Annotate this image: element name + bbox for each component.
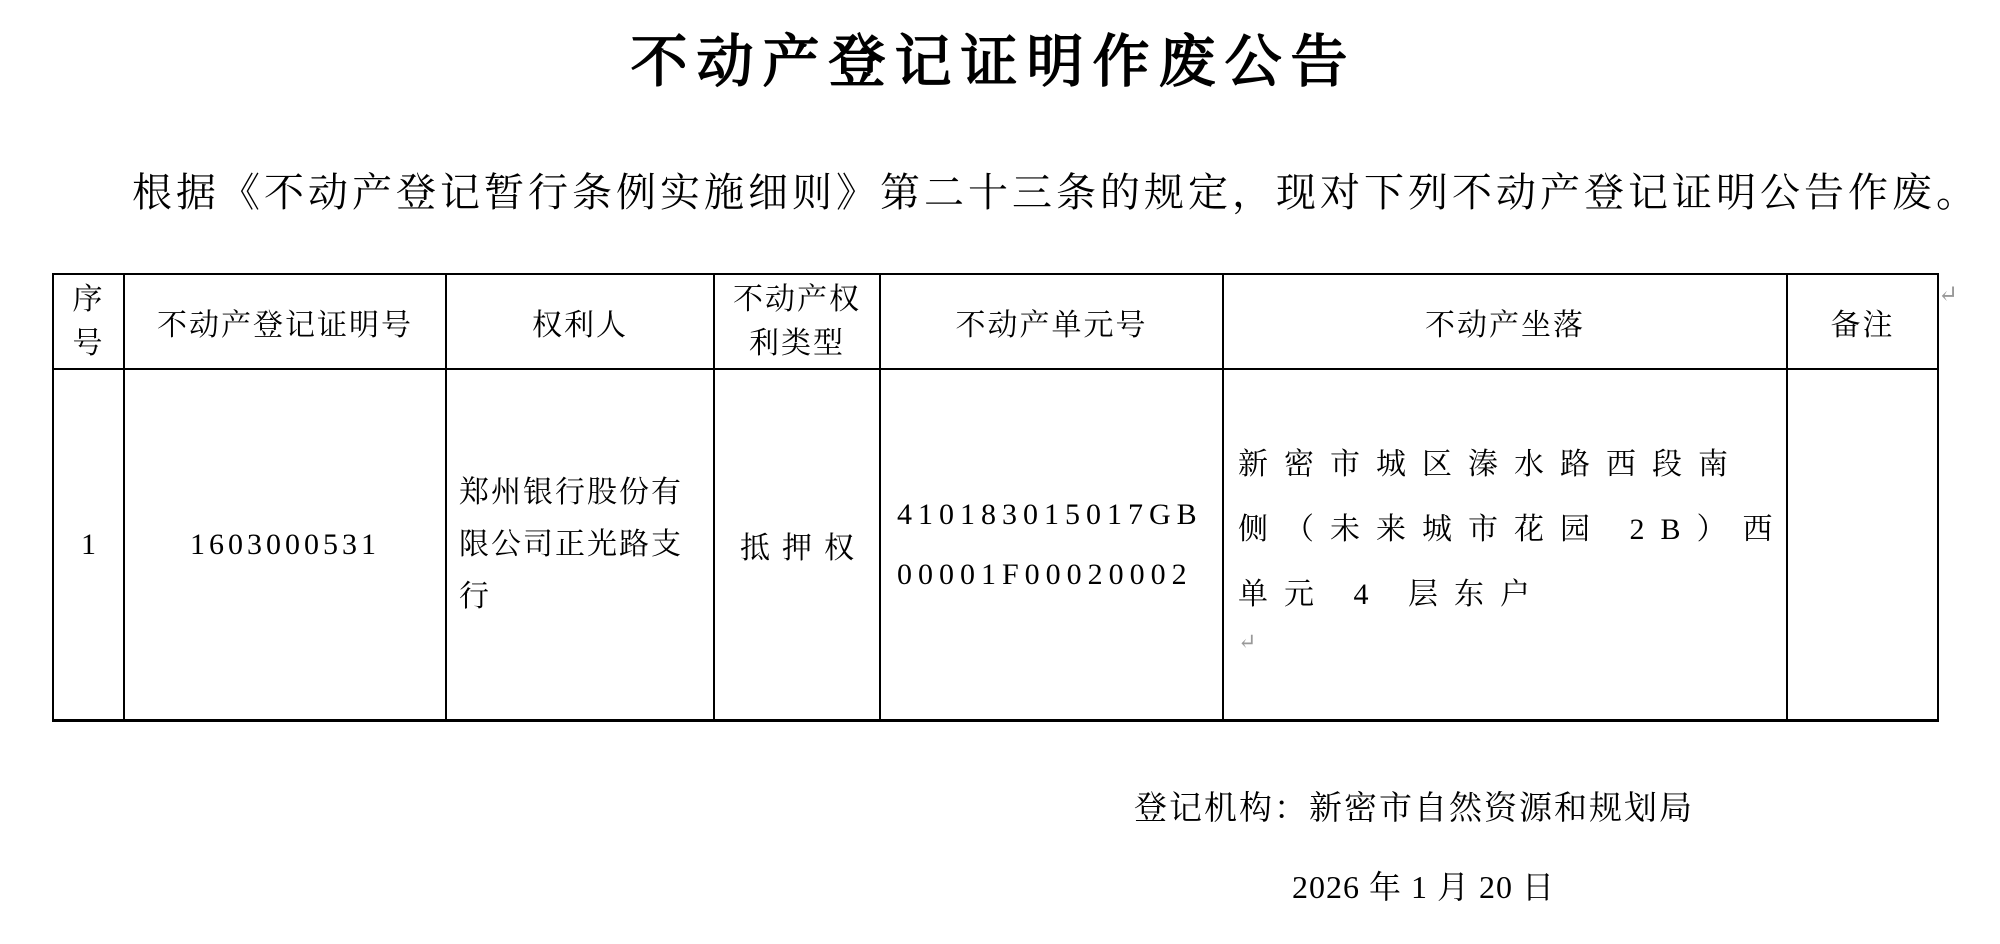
announcement-date: 2026 年 1 月 20 日 [1292,862,1555,908]
header-cert-no-label: 不动产登记证明号 [157,300,413,344]
registration-authority: 登记机构：新密市自然资源和规划局 [1134,782,1694,829]
row1-holder-line2: 限公司正光路支 [459,519,683,571]
header-holder: 权利人 [447,275,715,370]
row1-holder-line3: 行 [459,571,491,623]
row1-unit-no-line1: 410183015017GB [897,485,1203,545]
header-holder-label: 权利人 [532,300,628,344]
header-location-label: 不动产坐落 [1425,300,1585,344]
header-remarks: 备注 [1788,275,1937,370]
header-location: 不动产坐落 [1224,275,1788,370]
row1-unit-no-cell: 410183015017GB 00001F00020002 [881,370,1224,719]
row1-cert-no-cell: 1603000531 [125,370,447,719]
row1-remarks-cell [1788,370,1937,719]
header-remarks-label: 备注 [1831,300,1895,344]
row1-location-line2: 侧（未来城市花园 2B）西 [1238,497,1788,562]
header-right-type-label: 不动产权利类型 [732,278,862,366]
table-row-return-mark: ↵ [1938,280,1958,309]
header-cert-no: 不动产登记证明号 [125,275,447,370]
row1-location-line3: 单元 4 层东户 [1238,562,1546,627]
row1-right-type-cell: 抵押权 [715,370,881,719]
header-index-label: 序号 [72,278,106,366]
row1-holder-line1: 郑州银行股份有 [459,467,683,519]
header-unit-no-label: 不动产单元号 [956,300,1148,344]
row1-location-cell: 新密市城区溱水路西段南 侧（未来城市花园 2B）西 单元 4 层东户 ↵ [1224,370,1788,719]
paragraph-return-mark: ↵ [1238,627,1256,657]
intro-paragraph: 根据《不动产登记暂行条例实施细则》第二十三条的规定，现对下列不动产登记证明公告作… [52,166,1942,220]
row1-index-value: 1 [81,528,96,562]
header-unit-no: 不动产单元号 [881,275,1224,370]
row1-right-type-value: 抵押权 [728,523,866,567]
row1-holder-cell: 郑州银行股份有 限公司正光路支 行 [447,370,715,719]
document-page: 不动产登记证明作废公告 根据《不动产登记暂行条例实施细则》第二十三条的规定，现对… [0,0,2000,944]
announcement-table: 序号 不动产登记证明号 权利人 不动产权利类型 不动产单元号 不动产坐落 备注 … [52,273,1939,722]
row1-index-cell: 1 [54,370,125,719]
row1-unit-no-line2: 00001F00020002 [897,545,1193,605]
row1-location-line1: 新密市城区溱水路西段南 [1238,432,1744,497]
header-right-type: 不动产权利类型 [715,275,881,370]
page-title: 不动产登记证明作废公告 [52,28,1935,98]
row1-cert-no-value: 1603000531 [190,528,380,562]
header-index: 序号 [54,275,125,370]
